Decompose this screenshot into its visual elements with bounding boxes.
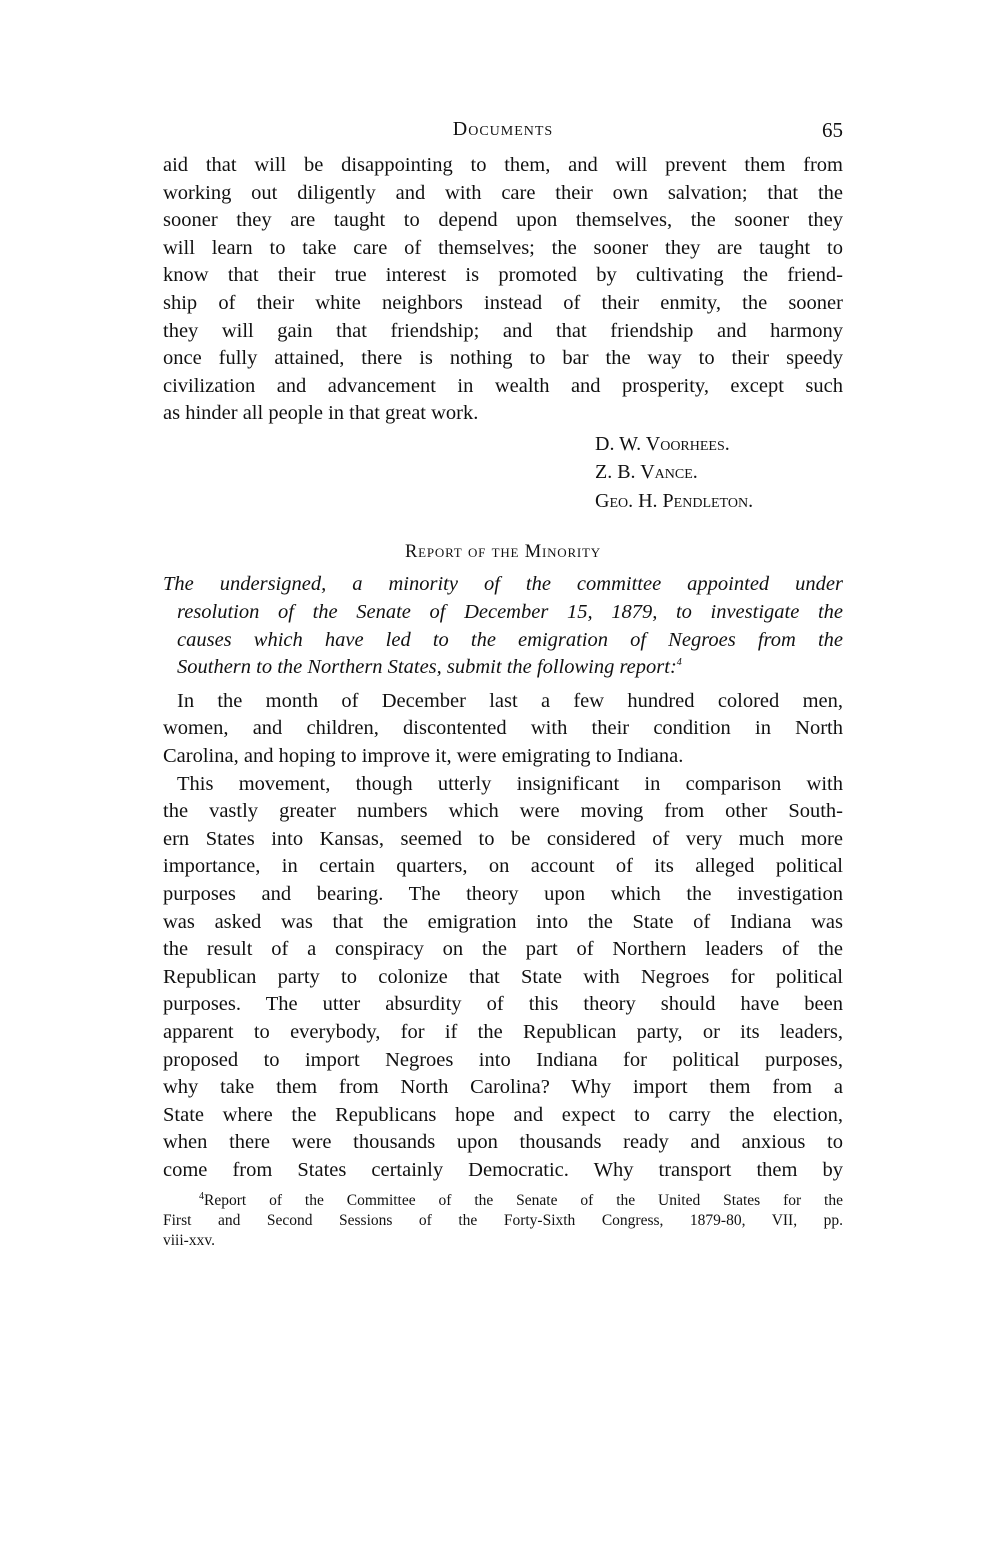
text-line: as hinder all people in that great work. (163, 400, 843, 428)
text-line: aid that will be disappointing to them, … (163, 152, 843, 180)
intro-line: Southern to the Northern States, submit … (163, 654, 843, 682)
text-line: once fully attained, there is nothing to… (163, 345, 843, 373)
document-page: Documents 65 aid that will be disappoint… (163, 112, 843, 1251)
paragraph-2: This movement, though utterly insignific… (163, 771, 843, 1185)
text-line: know that their true interest is promote… (163, 262, 843, 290)
text-line: ern States into Kansas, seemed to be con… (163, 826, 843, 854)
continuation-paragraph: aid that will be disappointing to them, … (163, 152, 843, 428)
text-line: This movement, though utterly insignific… (163, 771, 843, 799)
footnote-line: First and Second Sessions of the Forty-S… (163, 1211, 843, 1231)
section-intro: The undersigned, a minority of the commi… (163, 571, 843, 681)
paragraph-1: In the month of December last a few hund… (163, 688, 843, 771)
section-heading: Report of the Minority (163, 542, 843, 563)
footnote-ref[interactable]: 4 (677, 657, 682, 668)
text-line: apparent to everybody, for if the Republ… (163, 1019, 843, 1047)
text-line: Carolina, and hoping to improve it, were… (163, 743, 843, 771)
signature-block: D. W. Voorhees. Z. B. Vance. Geo. H. Pen… (595, 430, 843, 516)
text-line: ship of their white neighbors instead of… (163, 290, 843, 318)
signature-vance: Z. B. Vance. (595, 458, 843, 487)
text-line: Republican party to colonize that State … (163, 964, 843, 992)
text-line: sooner they are taught to depend upon th… (163, 207, 843, 235)
text-line: was asked was that the emigration into t… (163, 909, 843, 937)
text-line: will learn to take care of themselves; t… (163, 235, 843, 263)
text-line: come from States certainly Democratic. W… (163, 1157, 843, 1185)
footnote-line: viii-xxv. (163, 1231, 843, 1251)
footnote-line: 4Report of the Committee of the Senate o… (163, 1191, 843, 1211)
page-number: 65 (822, 118, 843, 143)
running-head: Documents 65 (163, 112, 843, 152)
text-line: proposed to import Negroes into Indiana … (163, 1047, 843, 1075)
running-title: Documents (163, 118, 843, 141)
signature-voorhees: D. W. Voorhees. (595, 430, 843, 459)
text-line: purposes and bearing. The theory upon wh… (163, 881, 843, 909)
text-line: working out diligently and with care the… (163, 180, 843, 208)
footnote: 4Report of the Committee of the Senate o… (163, 1191, 843, 1251)
text-line: they will gain that friendship; and that… (163, 318, 843, 346)
text-line: civilization and advancement in wealth a… (163, 373, 843, 401)
footnote-text: Report of the Committee of the Senate of… (204, 1192, 843, 1209)
text-line: State where the Republicans hope and exp… (163, 1102, 843, 1130)
text-line: purposes. The utter absurdity of this th… (163, 991, 843, 1019)
text-line: when there were thousands upon thousands… (163, 1129, 843, 1157)
text-line: In the month of December last a few hund… (163, 688, 843, 716)
signature-pendleton: Geo. H. Pendleton. (595, 487, 843, 516)
intro-line: resolution of the Senate of December 15,… (163, 599, 843, 627)
intro-line: causes which have led to the emigration … (163, 627, 843, 655)
intro-line-text: Southern to the Northern States, submit … (177, 656, 677, 678)
text-line: why take them from North Carolina? Why i… (163, 1074, 843, 1102)
text-line: women, and children, discontented with t… (163, 715, 843, 743)
text-line: importance, in certain quarters, on acco… (163, 853, 843, 881)
text-line: the vastly greater numbers which were mo… (163, 798, 843, 826)
text-line: the result of a conspiracy on the part o… (163, 936, 843, 964)
intro-line: The undersigned, a minority of the commi… (163, 571, 843, 599)
